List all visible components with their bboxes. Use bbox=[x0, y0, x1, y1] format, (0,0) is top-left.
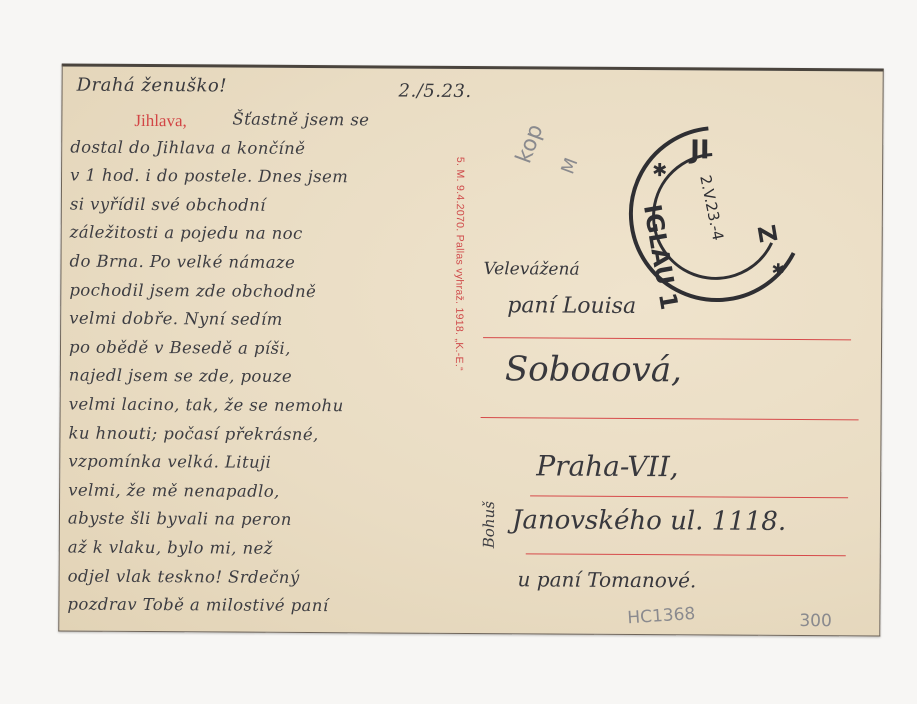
pencil-mark-2: M bbox=[557, 155, 582, 177]
message-line: dostal do Jihlava a končíně bbox=[70, 137, 305, 157]
message-line: najedl jsem se zde, pouze bbox=[69, 366, 292, 386]
handwritten-date: 2./5.23. bbox=[399, 81, 472, 102]
message-line: velmi dobře. Nyní sedím bbox=[69, 309, 283, 329]
message-line: velmi lacino, tak, že se nemohu bbox=[69, 395, 344, 416]
postcard: Drahá ženuško! 2./5.23. Jihlava, Šťastně… bbox=[58, 63, 883, 636]
catalog-price: 300 bbox=[799, 611, 832, 631]
message-line: velmi, že mě nenapadlo, bbox=[68, 480, 280, 500]
printer-imprint: 5. M. 9.4.2070. Pallas vyhraž. 1918. „K.… bbox=[453, 157, 466, 371]
message-line: abyste šli byvali na peron bbox=[68, 509, 292, 529]
address-rule-2 bbox=[481, 417, 859, 420]
message-line: odjel vlak teskno! Srdečný bbox=[68, 566, 300, 586]
address-salutation: Velevážená bbox=[483, 259, 579, 280]
message-line: ku hnouti; počasí překrásné, bbox=[68, 423, 318, 444]
message-line: Šťastně jsem se bbox=[232, 110, 369, 130]
message-line: až k vlaku, bylo mi, než bbox=[68, 538, 273, 558]
message-line: po obědě v Besedě a píši, bbox=[69, 337, 291, 357]
message-line: pochodil jsem zde obchodně bbox=[69, 280, 316, 301]
svg-text:✱: ✱ bbox=[771, 260, 785, 279]
message-line: si vyřídil své obchodní bbox=[70, 194, 266, 214]
address-line-4: Janovského ul. 1118. bbox=[512, 505, 786, 537]
message-line: pozdrav Tobě a milostivé paní bbox=[67, 595, 328, 616]
message-body: Šťastně jsem sedostal do Jihlava a končí… bbox=[63, 67, 883, 72]
address-line-3: Praha-VII, bbox=[536, 449, 679, 483]
postmark-icon: ✱ JI IGLAU 1 2.V.23.-4 ✱ Z bbox=[621, 124, 812, 315]
address-line-5: u paní Tomanové. bbox=[518, 567, 697, 592]
message-line: vzpomínka velká. Lituji bbox=[68, 452, 271, 472]
sideways-signature: Bohuš bbox=[480, 501, 498, 548]
address-line-2: Soboaová, bbox=[505, 349, 682, 390]
printed-place-jihlava: Jihlava, bbox=[134, 111, 187, 131]
svg-text:Z: Z bbox=[753, 223, 784, 245]
address-line-1: paní Louisa bbox=[507, 293, 636, 319]
catalog-item-code: HC1368 bbox=[627, 604, 696, 628]
address-rule-1 bbox=[483, 337, 851, 340]
greeting: Drahá ženuško! bbox=[77, 75, 227, 97]
svg-text:✱: ✱ bbox=[652, 160, 667, 181]
postmark-top-text: JI bbox=[688, 135, 710, 165]
message-line: záležitosti a pojedu na noc bbox=[70, 223, 303, 243]
message-line: v 1 hod. i do postele. Dnes jsem bbox=[70, 166, 348, 187]
pencil-mark-1: kop bbox=[511, 121, 548, 167]
postmark-date: 2.V.23.-4 bbox=[696, 174, 727, 242]
message-line: do Brna. Po velké námaze bbox=[69, 252, 295, 272]
address-rule-4 bbox=[526, 553, 846, 556]
address-rule-3 bbox=[530, 495, 848, 498]
